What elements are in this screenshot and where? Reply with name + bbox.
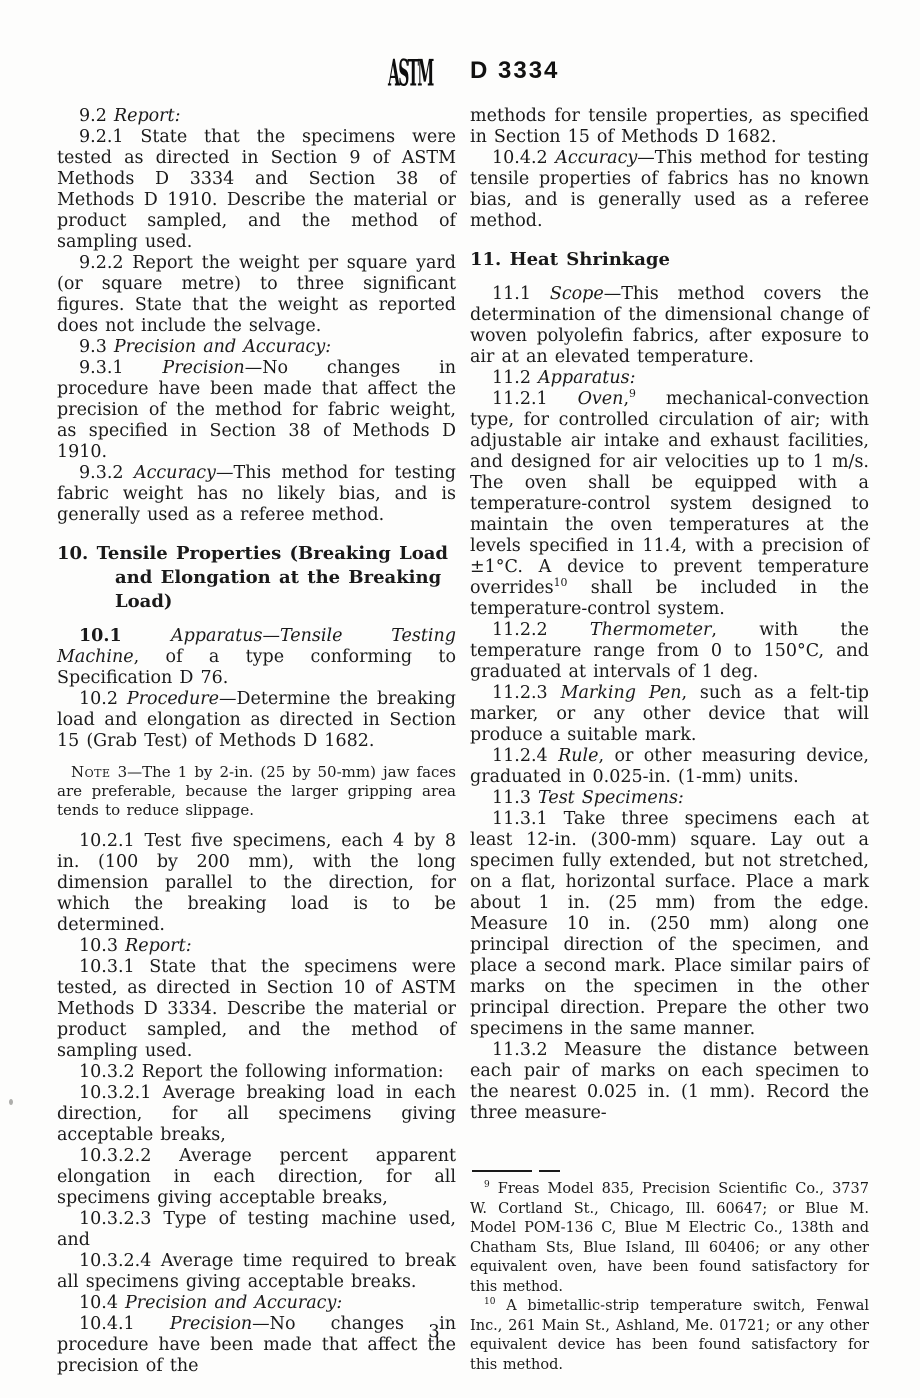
document-page: ASTM D 3334 9.2 Report:9.2.1 State that …: [0, 0, 920, 1398]
paragraph: 11.2.3 Marking Pen, such as a felt-tip m…: [470, 683, 869, 746]
paragraph: 9.3.1 Precision—No changes in procedure …: [57, 358, 456, 463]
paragraph: 10.3.2.1 Average breaking load in each d…: [57, 1083, 456, 1146]
paragraph: 10.3.2.4 Average time required to break …: [57, 1251, 456, 1293]
paragraph: 10.3 Report:: [57, 936, 456, 957]
paragraph: 10.2 Procedure—Determine the breaking lo…: [57, 689, 456, 752]
paragraph: 9.2.1 State that the specimens were test…: [57, 127, 456, 253]
scan-speck-artifact: [9, 1099, 13, 1105]
right-column-text: methods for tensile properties, as speci…: [470, 106, 869, 1124]
paragraph: 9.2.2 Report the weight per square yard …: [57, 253, 456, 337]
right-column: methods for tensile properties, as speci…: [470, 106, 869, 1377]
paragraph: 10.3.1 State that the specimens were tes…: [57, 957, 456, 1062]
paragraph: 9.2 Report:: [57, 106, 456, 127]
paragraph: 9.3.2 Accuracy—This method for testing f…: [57, 463, 456, 526]
paragraph: 11.2.1 Oven,9 mechanical-convection type…: [470, 389, 869, 620]
section-heading: 11. Heat Shrinkage: [470, 248, 869, 272]
left-column: 9.2 Report:9.2.1 State that the specimen…: [57, 106, 456, 1377]
footnote-rule: [472, 1170, 869, 1172]
paragraph: 10.3.2.2 Average percent apparent elonga…: [57, 1146, 456, 1209]
doc-code: D 3334: [470, 57, 559, 85]
paragraph: 10.4.2 Accuracy—This method for testing …: [470, 148, 869, 232]
paragraph: 10.3.2 Report the following information:: [57, 1062, 456, 1083]
paragraph: 11.3.2 Measure the distance between each…: [470, 1040, 869, 1124]
section-heading: 10. Tensile Properties (Breaking Load an…: [57, 542, 456, 614]
note-paragraph: Note 3—The 1 by 2-in. (25 by 50-mm) jaw …: [57, 763, 456, 820]
paragraph: 10.4 Precision and Accuracy:: [57, 1293, 456, 1314]
footnote-rule-segment: [472, 1170, 532, 1172]
footnote-rule-segment: [539, 1170, 560, 1172]
paragraph: 11.1 Scope—This method covers the determ…: [470, 284, 869, 368]
paragraph: 10.2.1 Test five specimens, each 4 by 8 …: [57, 831, 456, 936]
page-number: 3: [0, 1321, 868, 1342]
footnotes-section: 9 Freas Model 835, Precision Scientific …: [470, 1170, 869, 1375]
paragraph: 10.1 Apparatus—Tensile Testing Machine, …: [57, 626, 456, 689]
paragraph: 11.2 Apparatus:: [470, 368, 869, 389]
paragraph: 11.2.2 Thermometer, with the temperature…: [470, 620, 869, 683]
page-header: ASTM D 3334: [0, 50, 920, 94]
astm-logo-icon: ASTM: [388, 52, 433, 95]
paragraph: 9.3 Precision and Accuracy:: [57, 337, 456, 358]
footnote: 9 Freas Model 835, Precision Scientific …: [470, 1180, 869, 1297]
paragraph: 11.3.1 Take three specimens each at leas…: [470, 809, 869, 1040]
paragraph: 10.3.2.3 Type of testing machine used, a…: [57, 1209, 456, 1251]
two-column-body: 9.2 Report:9.2.1 State that the specimen…: [57, 106, 869, 1377]
paragraph: 11.2.4 Rule, or other measuring device, …: [470, 746, 869, 788]
paragraph: 11.3 Test Specimens:: [470, 788, 869, 809]
footnotes-list: 9 Freas Model 835, Precision Scientific …: [470, 1180, 869, 1375]
continuation-paragraph: methods for tensile properties, as speci…: [470, 106, 869, 148]
